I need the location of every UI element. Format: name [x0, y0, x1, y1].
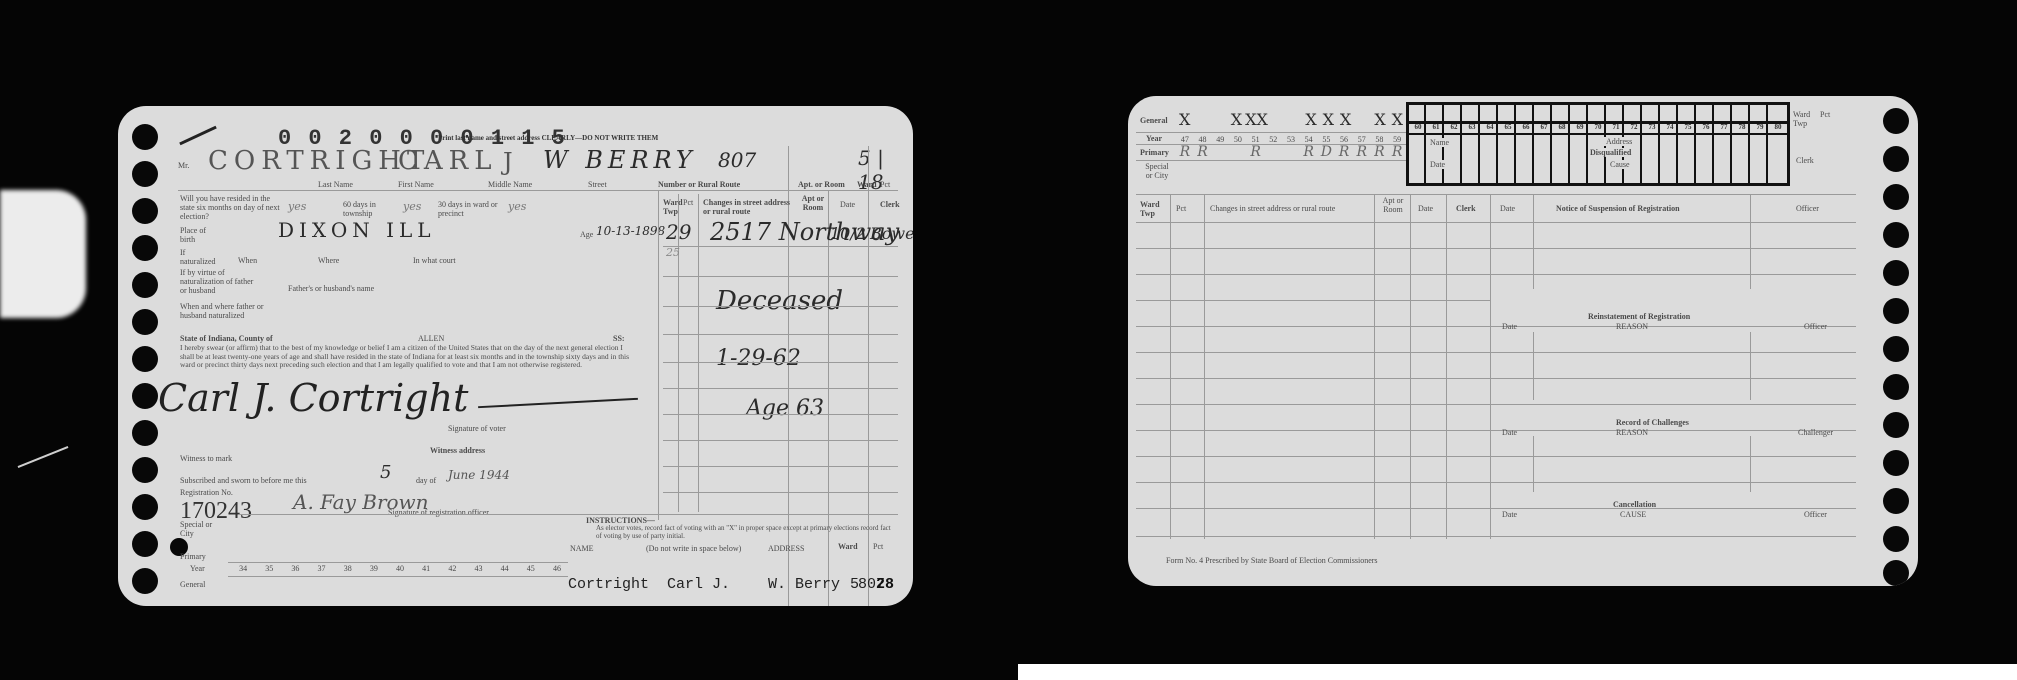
- label-challenges-reason: REASON: [1616, 428, 1648, 437]
- last-name-value: CORTRIGHT: [208, 146, 430, 176]
- white-strip-artifact: [1018, 664, 2017, 680]
- label-ss: SS:: [613, 334, 625, 343]
- label-witness-address: Witness address: [430, 446, 485, 455]
- divider: [1490, 194, 1491, 539]
- ruled-line: [663, 306, 898, 307]
- ruled-line: [1136, 508, 1856, 509]
- label-do-not-write: (Do not write in space below): [646, 544, 741, 553]
- ruled-line: [663, 246, 898, 247]
- middle-initial-value: J: [503, 148, 513, 176]
- punch-hole: [132, 309, 158, 335]
- label-footer-ward: Ward: [838, 542, 858, 551]
- divider: [1170, 194, 1171, 539]
- label-year: Year: [1146, 134, 1162, 143]
- ruled-line: [1136, 482, 1856, 483]
- box-rule: [1550, 102, 1552, 186]
- note-deceased: Deceased: [716, 286, 843, 316]
- label-state-county: State of Indiana, County of: [180, 334, 273, 343]
- label-cause: Cause: [1608, 160, 1632, 169]
- box-rule: [1424, 102, 1426, 186]
- label-pct-col: Pct: [683, 198, 693, 207]
- divider: [698, 194, 699, 512]
- box-rule: [1478, 102, 1480, 186]
- ruled-line: [663, 440, 898, 441]
- punch-hole: [132, 568, 158, 594]
- year-cell: 34: [230, 564, 256, 574]
- ruled-line: [663, 414, 898, 415]
- punch-hole: [1883, 108, 1909, 134]
- punch-hole: [1883, 298, 1909, 324]
- general-mark: [1354, 110, 1371, 132]
- divider: [658, 190, 659, 520]
- label-cancellation-date: Date: [1502, 510, 1517, 519]
- primary-mark: [1229, 144, 1247, 162]
- punch-hole: [1883, 450, 1909, 476]
- label-fathers-name: Father's or husband's name: [288, 284, 374, 293]
- divider: [1533, 436, 1534, 492]
- typed-address: W. Berry 807: [768, 576, 885, 593]
- general-mark: X: [1320, 110, 1337, 132]
- punch-hole: [1883, 526, 1909, 552]
- change-date-value: 10/2: [830, 224, 866, 243]
- label-special-city: Special or City: [1142, 162, 1172, 180]
- label-changes-address: Changes in street address or rural route: [703, 198, 793, 216]
- ruled-line: [663, 492, 898, 493]
- label-signature-officer: Signature of registration officer: [388, 508, 489, 517]
- label-reinstatement-officer: Officer: [1804, 322, 1827, 331]
- registration-card-front: 0 0 2 0 0 0 0 1 1 5 Print last name and …: [118, 106, 913, 606]
- year-cell: 40: [387, 564, 413, 574]
- film-scratch: [18, 446, 69, 468]
- year-cell: 42: [439, 564, 465, 574]
- label-address-boxed: Address: [1604, 137, 1634, 146]
- label-special-city: Special or City: [180, 520, 215, 538]
- year-cell: 41: [413, 564, 439, 574]
- first-name-value: CARL: [398, 146, 498, 176]
- resided-state-value: yes: [288, 200, 306, 213]
- box-rule: [1748, 102, 1750, 186]
- year-cell: 37: [308, 564, 334, 574]
- instructions-text: As elector votes, record fact of voting …: [596, 524, 896, 540]
- oath-text: I hereby swear (or affirm) that to the b…: [180, 344, 630, 370]
- box-rule: [1676, 102, 1678, 186]
- punch-hole: [1883, 222, 1909, 248]
- typed-ward: 5: [850, 576, 859, 593]
- house-number-value: 807: [718, 148, 756, 172]
- label-challenges-date: Date: [1502, 428, 1517, 437]
- divider: [1533, 332, 1534, 400]
- birthdate-value: 10-13-1898: [596, 224, 665, 238]
- label-clerk-col: Clerk: [1456, 204, 1476, 213]
- punch-hole: [1883, 412, 1909, 438]
- punch-hole: [132, 420, 158, 446]
- label-residence-state: Will you have resided in the state six m…: [180, 194, 280, 221]
- label-date-notice: Date: [1500, 204, 1515, 213]
- ruled-line: [1136, 536, 1856, 537]
- box-rule: [1586, 102, 1588, 186]
- punch-hole: [132, 161, 158, 187]
- primary-mark: R: [1371, 144, 1389, 162]
- label-by-virtue: If by virtue of naturalization of father…: [180, 268, 255, 295]
- label-number-rural: Number or Rural Route: [658, 180, 740, 189]
- primary-mark: R: [1176, 144, 1194, 162]
- general-mark: [1268, 110, 1285, 132]
- box-rule: [1568, 102, 1570, 186]
- label-ward-twp: Ward Twp: [663, 198, 683, 216]
- general-mark: X: [1228, 110, 1245, 132]
- label-challenger: Challenger: [1798, 428, 1833, 437]
- ward-twp-handwritten: 29: [666, 220, 691, 244]
- film-artifact-light-blob: [0, 190, 86, 318]
- sworn-day-value: 5: [380, 462, 391, 483]
- label-day-of: day of: [416, 476, 436, 485]
- ruled-line: [1136, 274, 1856, 275]
- primary-mark: R: [1247, 144, 1265, 162]
- label-general: General: [180, 580, 205, 589]
- ruled-line: [1136, 194, 1856, 195]
- ruled-line: [1136, 378, 1856, 379]
- label-name-boxed: Name: [1428, 138, 1451, 147]
- punch-hole: [132, 235, 158, 261]
- ruled-line: [663, 388, 898, 389]
- year-cell: 46: [544, 564, 570, 574]
- label-date-col: Date: [1418, 204, 1433, 213]
- general-mark: [1211, 110, 1228, 132]
- note-death-date: 1-29-62: [716, 346, 801, 371]
- punch-hole: [1883, 560, 1909, 586]
- box-rule: [1460, 102, 1462, 186]
- label-apt-or-room: Apt or Room: [798, 194, 828, 212]
- ruled-line: [1136, 326, 1856, 327]
- label-apt-room: Apt or Room: [1378, 196, 1408, 214]
- general-mark: X: [1371, 110, 1388, 132]
- punch-hole: [1883, 488, 1909, 514]
- label-disqualified: Disqualified: [1588, 148, 1633, 157]
- label-signature-voter: Signature of voter: [448, 424, 506, 433]
- days30-value: yes: [508, 200, 526, 213]
- label-middle-name: Middle Name: [488, 180, 532, 189]
- year-cell: 44: [492, 564, 518, 574]
- ruled-line: [1136, 352, 1856, 353]
- label-cancellation-cause: CAUSE: [1620, 510, 1646, 519]
- typed-name: Cortright Carl J.: [568, 576, 730, 593]
- primary-mark: [1211, 144, 1229, 162]
- signature-underline: [478, 398, 638, 408]
- divider: [1446, 194, 1447, 539]
- primary-mark: D: [1318, 144, 1336, 162]
- box-rule: [1694, 102, 1696, 186]
- general-mark: X: [1176, 110, 1193, 132]
- general-marks-row: X X XX X X X X X: [1176, 110, 1406, 132]
- year-row: 34 35 36 37 38 39 40 41 42 43 44 45 46: [230, 564, 570, 574]
- label-pct: Pct: [880, 180, 890, 189]
- disqualified-box: [1406, 102, 1790, 186]
- form-footer: Form No. 4 Prescribed by State Board of …: [1166, 556, 1378, 565]
- ruled-line: [663, 466, 898, 467]
- primary-mark: R: [1388, 144, 1406, 162]
- year-cell: 38: [335, 564, 361, 574]
- voter-signature: Carl J. Cortright: [158, 376, 468, 420]
- label-date-boxed: Date: [1428, 160, 1447, 169]
- year-cell: 36: [282, 564, 308, 574]
- year-cell: 35: [256, 564, 282, 574]
- registration-card-back: General Year Primary Special or City 47 …: [1128, 96, 1918, 586]
- punch-hole: [132, 457, 158, 483]
- label-registration-no: Registration No.: [180, 488, 233, 497]
- box-rule: [1658, 102, 1660, 186]
- title-prefix: Mr.: [178, 161, 189, 170]
- label-subscribed: Subscribed and sworn to before me this: [180, 476, 307, 485]
- label-clerk: Clerk: [880, 200, 900, 209]
- ruled-line: [1136, 456, 1856, 457]
- ruled-line: [663, 276, 898, 277]
- punch-hole: [1883, 374, 1909, 400]
- year-cell: 39: [361, 564, 387, 574]
- general-mark: X: [1337, 110, 1354, 132]
- ruled-line: [1136, 404, 1856, 405]
- label-primary: Primary: [180, 552, 206, 561]
- general-mark: XX: [1245, 110, 1268, 132]
- general-mark: X: [1389, 110, 1406, 132]
- punch-hole: [1883, 260, 1909, 286]
- primary-mark: R: [1335, 144, 1353, 162]
- punch-hole: [132, 531, 158, 557]
- box-rule: [1640, 102, 1642, 186]
- ruled-line: [228, 576, 568, 577]
- label-when: When: [238, 256, 257, 265]
- punch-hole: [132, 272, 158, 298]
- box-rule: [1730, 102, 1732, 186]
- check-marks: [179, 126, 217, 146]
- label-ward-twp-top: Ward Twp: [1793, 110, 1815, 128]
- note-age: Age 63: [746, 396, 824, 421]
- punch-hole: [1883, 146, 1909, 172]
- year-cell: 45: [518, 564, 544, 574]
- label-apt-room: Apt. or Room: [798, 180, 845, 189]
- label-cancellation: Cancellation: [1613, 500, 1656, 509]
- box-rule: [1496, 102, 1498, 186]
- ruled-line: [663, 334, 898, 335]
- year-cell: 80: [1769, 123, 1787, 133]
- label-naturalized: If naturalized: [180, 248, 220, 266]
- general-mark: [1285, 110, 1302, 132]
- label-address: ADDRESS: [768, 544, 804, 553]
- label-in-what-court: In what court: [413, 256, 456, 265]
- primary-mark: R: [1194, 144, 1212, 162]
- punch-hole: [132, 383, 158, 409]
- primary-mark: R: [1353, 144, 1371, 162]
- label-record-challenges: Record of Challenges: [1616, 418, 1689, 427]
- label-year: Year: [190, 564, 205, 573]
- primary-mark: R: [1300, 144, 1318, 162]
- days60-value: yes: [403, 200, 421, 213]
- label-date: Date: [840, 200, 855, 209]
- divider: [1750, 332, 1751, 400]
- sworn-month-year-value: June 1944: [448, 468, 510, 482]
- primary-mark: [1264, 144, 1282, 162]
- label-footer-pct: Pct: [873, 542, 883, 551]
- ruled-line: [1136, 248, 1856, 249]
- county-value: ALLEN: [418, 334, 444, 343]
- divider: [178, 190, 898, 191]
- box-rule: [1766, 102, 1768, 186]
- label-name: NAME: [570, 544, 594, 553]
- label-clerk-top: Clerk: [1796, 156, 1814, 165]
- box-rule: [1712, 102, 1714, 186]
- place-of-birth-value: DIXON ILL: [278, 218, 436, 242]
- label-pct-top: Pct: [1820, 110, 1830, 119]
- general-mark: X: [1302, 110, 1319, 132]
- box-rule: [1532, 102, 1534, 186]
- label-pct: Pct: [1176, 204, 1186, 213]
- label-place-of-birth: Place of birth: [180, 226, 210, 244]
- ruled-line: [1136, 132, 1406, 133]
- change-clerk-value: Bowe: [870, 224, 913, 243]
- primary-marks-row: R R R R D R R R R: [1176, 144, 1406, 162]
- punch-hole: [132, 198, 158, 224]
- label-60-days: 60 days in township: [343, 200, 398, 218]
- general-mark: [1193, 110, 1210, 132]
- divider: [828, 190, 829, 606]
- label-reinstatement-date: Date: [1502, 322, 1517, 331]
- pct-handwritten: 25: [666, 246, 680, 259]
- divider: [1750, 436, 1751, 492]
- label-cancellation-officer: Officer: [1804, 510, 1827, 519]
- punch-hole: [132, 124, 158, 150]
- header-instruction: Print last name and street address CLEAR…: [438, 134, 658, 142]
- label-witness-to-mark: Witness to mark: [180, 454, 232, 463]
- punch-hole: [1883, 184, 1909, 210]
- divider: [1374, 194, 1375, 539]
- punch-hole: [132, 346, 158, 372]
- label-officer: Officer: [1796, 204, 1819, 213]
- label-30-days: 30 days in ward or precinct: [438, 200, 513, 218]
- label-first-name: First Name: [398, 180, 434, 189]
- label-reinstatement: Reinstatement of Registration: [1588, 312, 1690, 321]
- label-when-where-father: When and where father or husband natural…: [180, 302, 275, 320]
- box-rule: [1514, 102, 1516, 186]
- punch-hole: [132, 494, 158, 520]
- divider: [238, 514, 898, 515]
- label-changes: Changes in street address or rural route: [1210, 204, 1335, 213]
- divider: [1410, 194, 1411, 539]
- primary-mark: [1282, 144, 1300, 162]
- label-reinstatement-reason: REASON: [1616, 322, 1648, 331]
- label-street: Street: [588, 180, 607, 189]
- label-notice-suspension: Notice of Suspension of Registration: [1556, 204, 1680, 213]
- ruled-line: [1136, 300, 1490, 301]
- ruled-line: [1136, 222, 1856, 223]
- ruled-line: [228, 562, 568, 563]
- label-where: Where: [318, 256, 339, 265]
- ruled-line: [1136, 430, 1856, 431]
- box-rule: [1406, 133, 1790, 135]
- typed-pct: 28: [876, 576, 894, 593]
- label-primary: Primary: [1140, 148, 1169, 157]
- label-general: General: [1140, 116, 1168, 125]
- ruled-line: [663, 362, 898, 363]
- punch-hole: [1883, 336, 1909, 362]
- year-cell: 43: [465, 564, 491, 574]
- label-ward: Ward: [857, 180, 877, 189]
- label-age: Age: [580, 230, 593, 239]
- divider: [1204, 194, 1205, 539]
- street-value: W BERRY: [543, 146, 697, 174]
- label-ward-twp: Ward Twp: [1140, 200, 1162, 218]
- label-last-name: Last Name: [318, 180, 353, 189]
